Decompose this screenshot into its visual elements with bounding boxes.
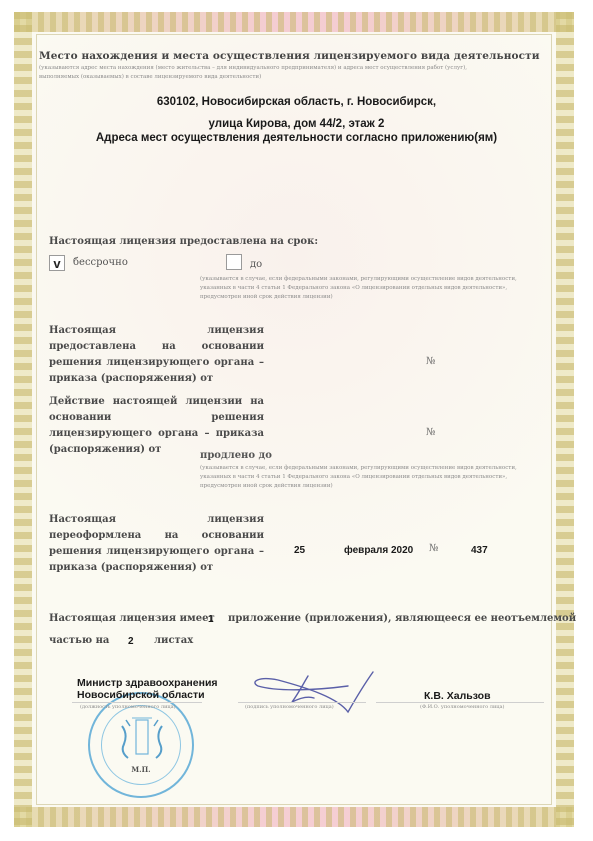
signature-caption: (подпись уполномоченного лица) bbox=[245, 704, 334, 710]
sheets-prefix: частью на bbox=[49, 635, 109, 646]
position-caption: (должность уполномоченного лица) bbox=[80, 704, 176, 710]
address-line-3: Адреса мест осуществления деятельности с… bbox=[0, 132, 593, 144]
term-title: Настоящая лицензия предоставлена на срок… bbox=[49, 236, 318, 247]
extension-hint-3: предусмотрен иной срок действия лицензии… bbox=[200, 482, 333, 491]
ornamental-border-top bbox=[14, 12, 574, 32]
reissued-text: Настоящая лицензия переоформлена на осно… bbox=[49, 512, 264, 576]
term-hint-1: (указывается в случае, если федеральными… bbox=[200, 275, 517, 284]
term-hint-3: предусмотрен иной срок действия лицензии… bbox=[200, 293, 333, 302]
coat-of-arms-icon bbox=[102, 706, 182, 786]
checkbox-until[interactable] bbox=[226, 254, 242, 270]
ornamental-border-bottom bbox=[14, 807, 574, 827]
location-hint-1: (указываются адрес места нахождения (мес… bbox=[39, 64, 467, 73]
granted-number-sign: № bbox=[426, 356, 435, 367]
extension-hint-2: указанных в части 4 статьи 1 Федеральног… bbox=[200, 473, 507, 482]
name-caption: (Ф.И.О. уполномоченного лица) bbox=[420, 704, 504, 710]
signature-underline bbox=[238, 702, 366, 703]
label-unlimited: бессрочно bbox=[73, 257, 128, 268]
name-underline bbox=[376, 702, 544, 703]
address-line-2: улица Кирова, дом 44/2, этаж 2 bbox=[0, 118, 593, 130]
appendix-suffix: приложение (приложения), являющееся ее н… bbox=[228, 613, 576, 624]
label-until: до bbox=[250, 259, 262, 270]
granted-text: Настоящая лицензия предоставлена на осно… bbox=[49, 323, 264, 387]
extension-number-sign: № bbox=[426, 427, 435, 438]
reissued-day: 25 bbox=[294, 545, 305, 556]
reissued-number-sign: № bbox=[429, 543, 438, 554]
extension-hint-1: (указывается в случае, если федеральными… bbox=[200, 464, 517, 473]
sheets-count: 2 bbox=[128, 636, 134, 647]
appendix-prefix: Настоящая лицензия имеет bbox=[49, 613, 215, 624]
signer-position-line-1: Министр здравоохранения bbox=[77, 677, 218, 689]
extension-text: Действие настоящей лицензии на основании… bbox=[49, 394, 264, 458]
stamp-inner-ring: М.П. bbox=[101, 705, 181, 785]
location-title: Место нахождения и места осуществления л… bbox=[39, 50, 540, 62]
signer-position-line-2: Новосибирской области bbox=[77, 689, 205, 701]
address-line-1: 630102, Новосибирская область, г. Новоси… bbox=[0, 96, 593, 108]
reissued-number: 437 bbox=[471, 545, 488, 556]
reissued-month-year: февраля 2020 bbox=[344, 545, 413, 556]
appendix-count: 1 bbox=[208, 614, 214, 625]
sheets-suffix: листах bbox=[154, 635, 193, 646]
extended-until-label: продлено до bbox=[200, 450, 272, 461]
stamp-label: М.П. bbox=[131, 765, 150, 774]
location-hint-2: выполняемых (оказываемых) в составе лице… bbox=[39, 73, 261, 82]
term-hint-2: указанных в части 4 статьи 1 Федеральног… bbox=[200, 284, 507, 293]
checkbox-unlimited[interactable]: v bbox=[49, 255, 65, 271]
signer-name: К.В. Хальзов bbox=[424, 690, 491, 702]
position-underline bbox=[72, 702, 202, 703]
